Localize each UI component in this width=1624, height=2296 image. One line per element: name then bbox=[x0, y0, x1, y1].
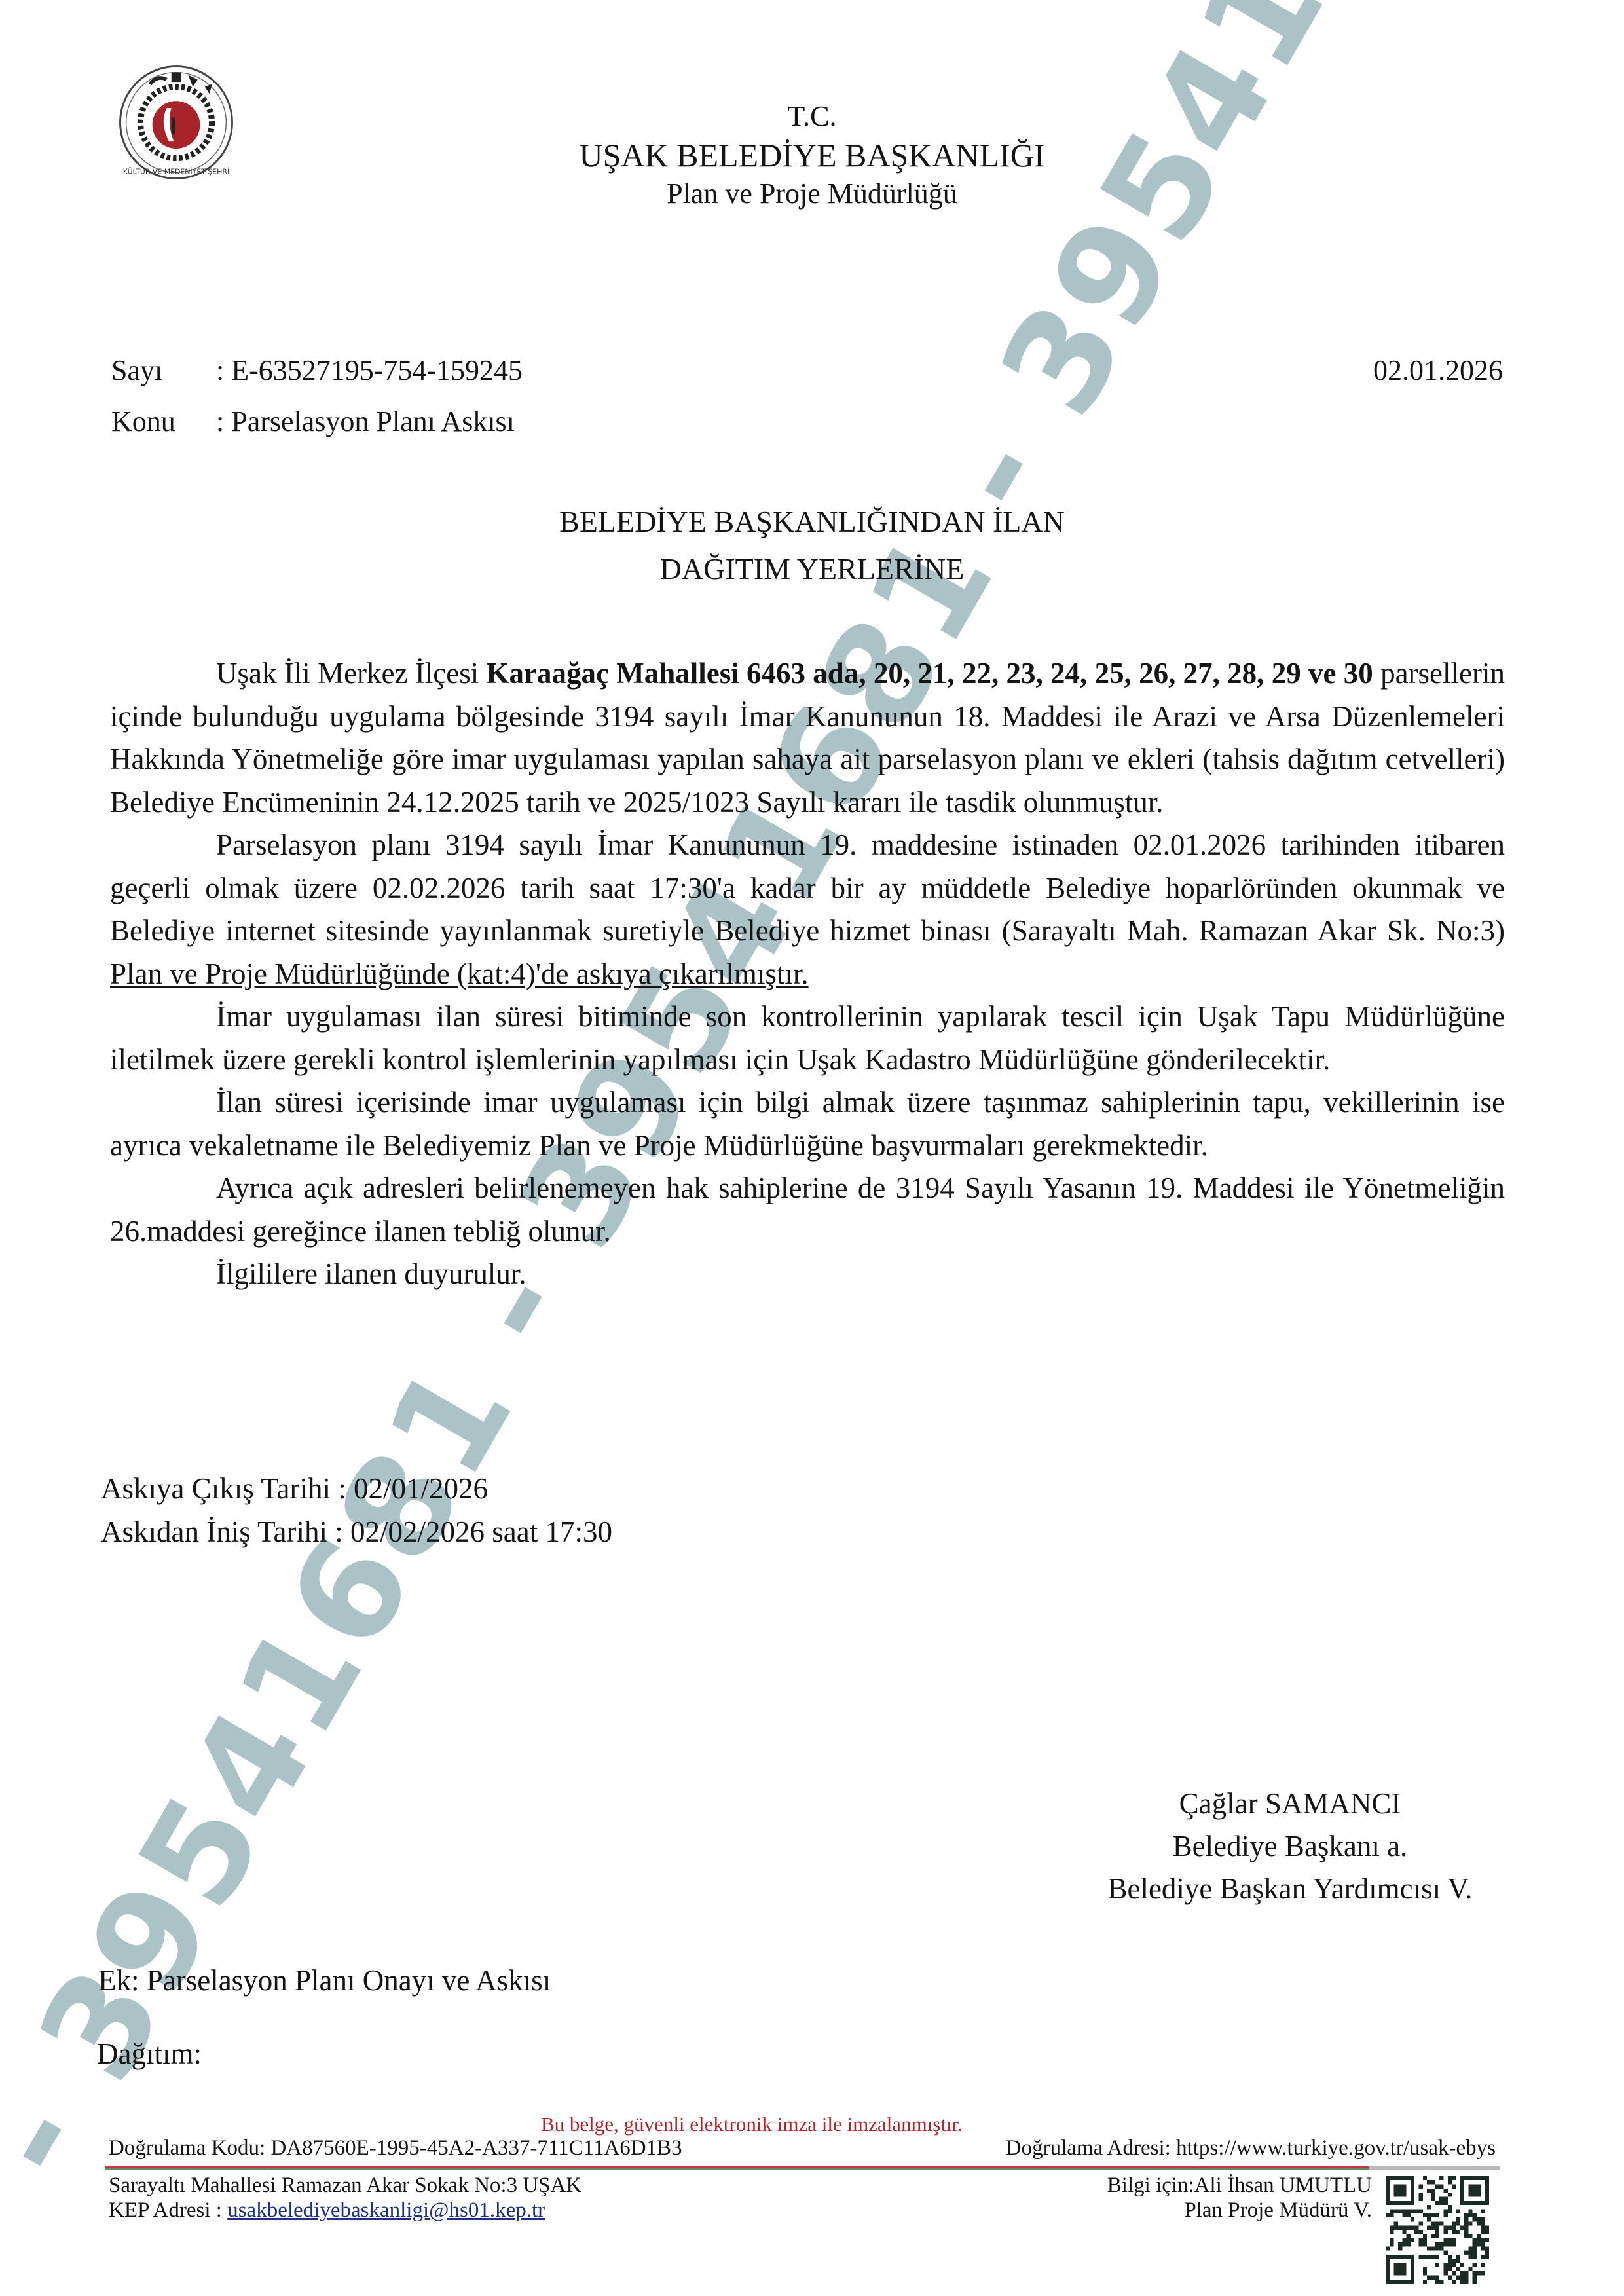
signatory-title-1: Belediye Başkanı a. bbox=[1080, 1825, 1500, 1868]
paragraph-5: Ayrıca açık adresleri belirlenemeyen hak… bbox=[110, 1167, 1505, 1253]
p2-location: Plan ve Proje Müdürlüğünde (kat:4)'de as… bbox=[110, 957, 809, 990]
footer-address-block: Sarayaltı Mahallesi Ramazan Akar Sokak N… bbox=[109, 2173, 581, 2223]
attachment-line: Ek: Parselasyon Planı Onayı ve Askısı bbox=[98, 1963, 551, 1997]
esign-notice: Bu belge, güvenli elektronik imza ile im… bbox=[541, 2113, 963, 2136]
signatory-name: Çağlar SAMANCI bbox=[1080, 1783, 1500, 1825]
announcement-title: BELEDİYE BAŞKANLIĞINDAN İLAN bbox=[0, 504, 1624, 539]
signatory-title-2: Belediye Başkan Yardımcısı V. bbox=[1080, 1868, 1500, 1910]
paragraph-2: Parselasyon planı 3194 sayılı İmar Kanun… bbox=[110, 824, 1505, 995]
kep-label: KEP Adresi : bbox=[109, 2198, 227, 2222]
qr-code-icon[interactable] bbox=[1386, 2176, 1489, 2284]
posting-dates: Askıya Çıkış Tarihi : 02/01/2026 Askıdan… bbox=[101, 1467, 612, 1553]
paragraph-1: Uşak İli Merkez İlçesi Karaağaç Mahalles… bbox=[110, 652, 1505, 824]
postal-address: Sarayaltı Mahallesi Ramazan Akar Sokak N… bbox=[109, 2173, 581, 2198]
paragraph-4: İlan süresi içerisinde imar uygulaması i… bbox=[110, 1081, 1505, 1167]
distribution-label: Dağıtım: bbox=[97, 2037, 202, 2071]
footer-divider bbox=[105, 2166, 1500, 2170]
announcement-subtitle: DAĞITIM YERLERİNE bbox=[0, 551, 1624, 586]
verification-code: Doğrulama Kodu: DA87560E-1995-45A2-A337-… bbox=[109, 2136, 682, 2160]
posting-end-date: Askıdan İniş Tarihi : 02/02/2026 saat 17… bbox=[101, 1510, 612, 1553]
sayi-label: Sayı bbox=[111, 354, 162, 387]
verification-address[interactable]: Doğrulama Adresi: https://www.turkiye.go… bbox=[1006, 2136, 1496, 2160]
header-institution: UŞAK BELEDİYE BAŞKANLIĞI bbox=[0, 136, 1624, 174]
sayi-value: : E-63527195-754-159245 bbox=[216, 354, 523, 387]
contact-title: Plan Proje Müdürü V. bbox=[1107, 2198, 1372, 2223]
p1-parcels: Karaağaç Mahallesi 6463 ada, 20, 21, 22,… bbox=[487, 657, 1373, 690]
document-date: 02.01.2026 bbox=[1373, 354, 1503, 387]
contact-person: Bilgi için:Ali İhsan UMUTLU bbox=[1107, 2173, 1372, 2198]
paragraph-3: İmar uygulaması ilan süresi bitiminde so… bbox=[110, 995, 1505, 1081]
contact-info: Bilgi için:Ali İhsan UMUTLU Plan Proje M… bbox=[1107, 2173, 1372, 2223]
p1-intro: Uşak İli Merkez İlçesi bbox=[216, 657, 487, 690]
announcement-body: Uşak İli Merkez İlçesi Karaağaç Mahalles… bbox=[110, 652, 1505, 1296]
paragraph-6: İlgililere ilanen duyurulur. bbox=[110, 1253, 1505, 1296]
kep-line: KEP Adresi : usakbelediyebaskanligi@hs01… bbox=[109, 2198, 581, 2223]
konu-value: : Parselasyon Planı Askısı bbox=[216, 405, 515, 438]
kep-email-link[interactable]: usakbelediyebaskanligi@hs01.kep.tr bbox=[227, 2198, 545, 2222]
footer-divider-end bbox=[1369, 2166, 1500, 2170]
header-department: Plan ve Proje Müdürlüğü bbox=[0, 177, 1624, 210]
signature-block: Çağlar SAMANCI Belediye Başkanı a. Beled… bbox=[1080, 1783, 1500, 1910]
header-tc: T.C. bbox=[0, 100, 1624, 133]
p2-main: Parselasyon planı 3194 sayılı İmar Kanun… bbox=[110, 828, 1505, 947]
konu-label: Konu bbox=[111, 405, 175, 438]
posting-start-date: Askıya Çıkış Tarihi : 02/01/2026 bbox=[101, 1467, 612, 1510]
